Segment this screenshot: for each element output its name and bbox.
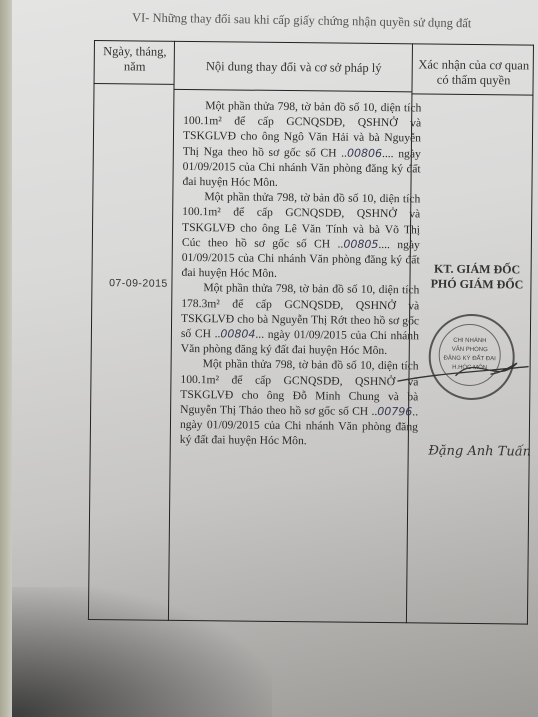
signature-icon	[395, 343, 531, 394]
certification-title-line2: PHÓ GIÁM ĐỐC	[424, 276, 529, 292]
section-heading: VI- Những thay đổi sau khi cấp giấy chứn…	[132, 10, 538, 32]
column-header-changes-text: Nội dung thay đổi và cơ sở pháp lý	[206, 59, 382, 75]
changes-table: Ngày, tháng, năm Nội dung thay đổi và cơ…	[88, 40, 534, 625]
document-page: VI- Những thay đổi sau khi cấp giấy chứn…	[12, 0, 538, 717]
column-header-date: Ngày, tháng, năm	[98, 44, 172, 75]
changes-content: Một phần thửa 798, tờ bản đồ số 10, diện…	[180, 98, 422, 450]
column-header-changes: Nội dung thay đổi và cơ sở pháp lý	[178, 59, 410, 76]
table-border-right	[527, 45, 534, 625]
change-entry: Một phần thửa 798, tờ bản đồ số 10, diện…	[182, 98, 421, 192]
column-divider	[168, 41, 175, 621]
entry-date: 07-09-2015	[99, 277, 177, 290]
certification-title: KT. GIÁM ĐỐC PHÓ GIÁM ĐỐC	[424, 261, 529, 292]
certification-title-line1: KT. GIÁM ĐỐC	[425, 261, 530, 277]
change-entry: Một phần thửa 798, tờ bản đồ số 10, diện…	[181, 280, 420, 359]
signer-name: Đặng Anh Tuấn	[425, 443, 535, 459]
column-header-certification: Xác nhận của cơ quan có thẩm quyền	[416, 57, 532, 88]
shadow-overlay	[12, 587, 272, 717]
change-entry: Một phần thửa 798, tờ bản đồ số 10, diện…	[181, 189, 420, 283]
table-border-left	[88, 40, 95, 620]
handwritten-record-number: 00804	[220, 327, 255, 340]
column-header-certification-text: Xác nhận của cơ quan có thẩm quyền	[418, 57, 529, 87]
header-divider	[94, 83, 174, 85]
change-entry: Một phần thửa 798, tờ bản đồ số 10, diện…	[180, 356, 419, 450]
handwritten-record-number: 00805	[343, 237, 378, 250]
header-divider	[411, 93, 533, 95]
handwritten-record-number: 00806	[347, 146, 382, 159]
handwritten-record-number: 00796	[377, 405, 412, 418]
header-divider	[173, 89, 411, 92]
